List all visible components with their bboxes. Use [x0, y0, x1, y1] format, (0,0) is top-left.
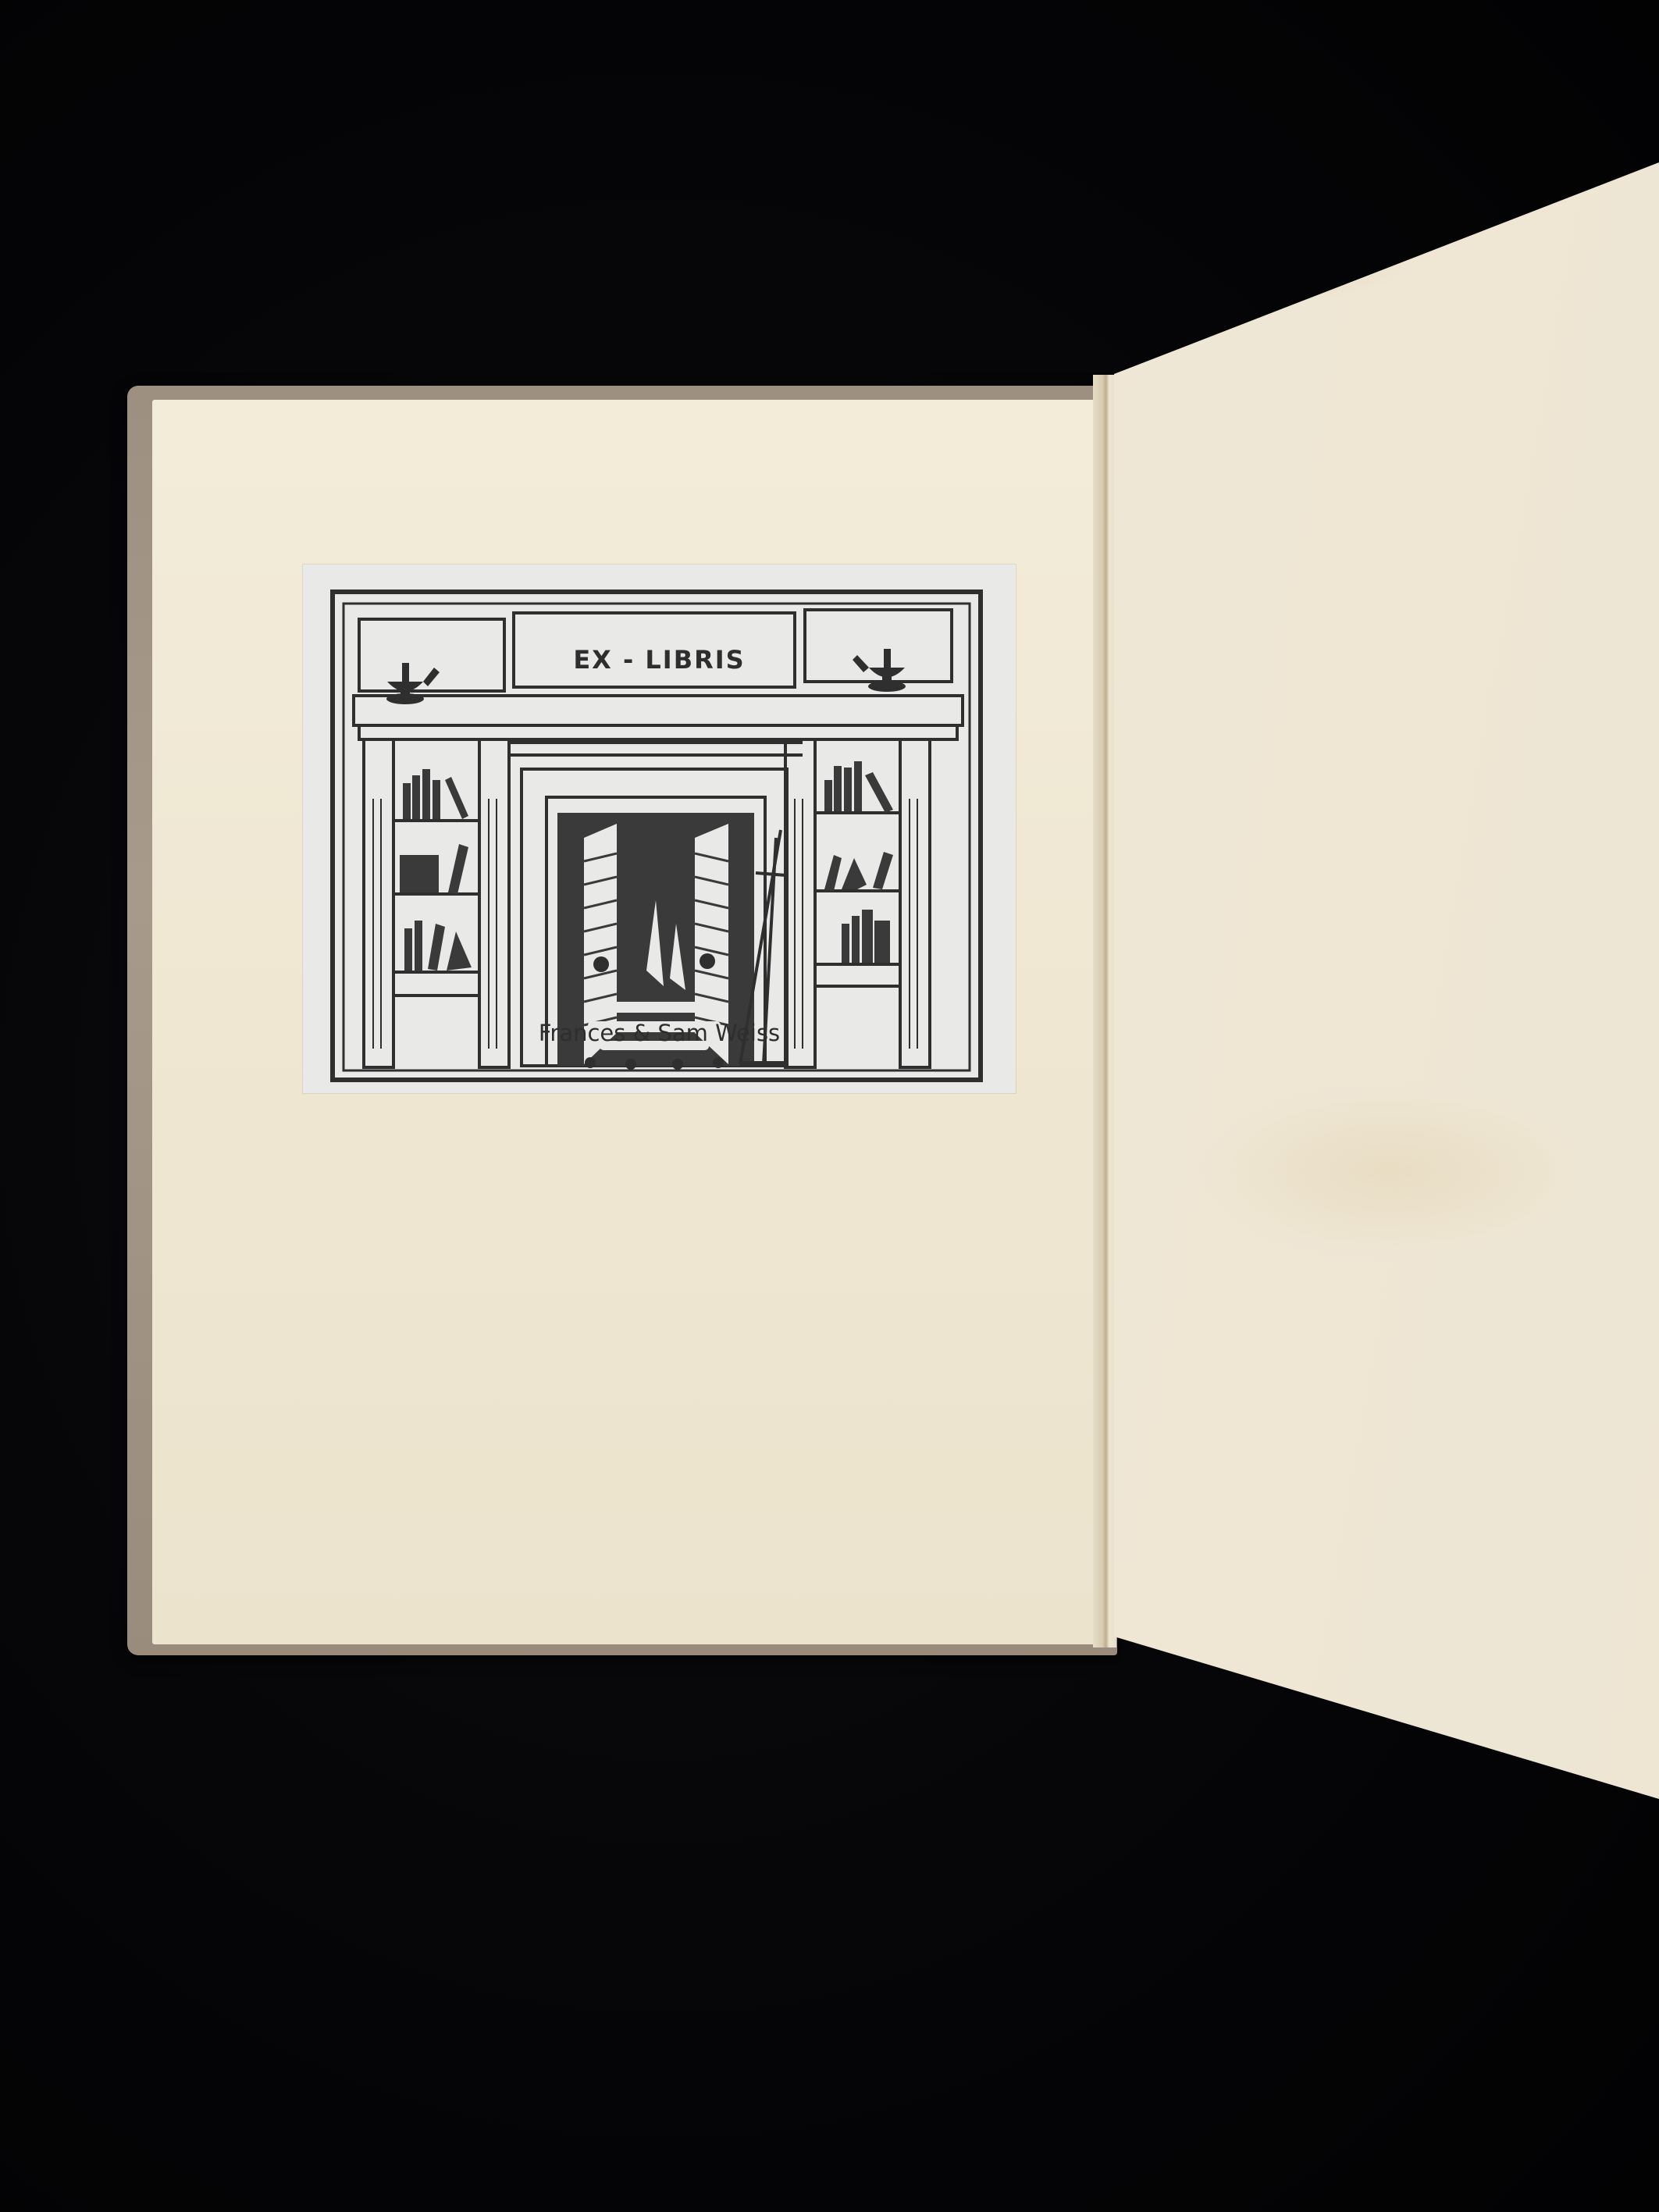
- fireplace-illustration-icon: [303, 565, 1016, 1093]
- bookplate-owner-name: Frances & Sam Weiss: [303, 1020, 1016, 1046]
- ex-libris-header: EX - LIBRIS: [303, 645, 1016, 675]
- book-hinge: [1093, 375, 1116, 1647]
- ex-libris-bookplate: EX - LIBRIS Frances & Sam Weiss: [303, 565, 1016, 1093]
